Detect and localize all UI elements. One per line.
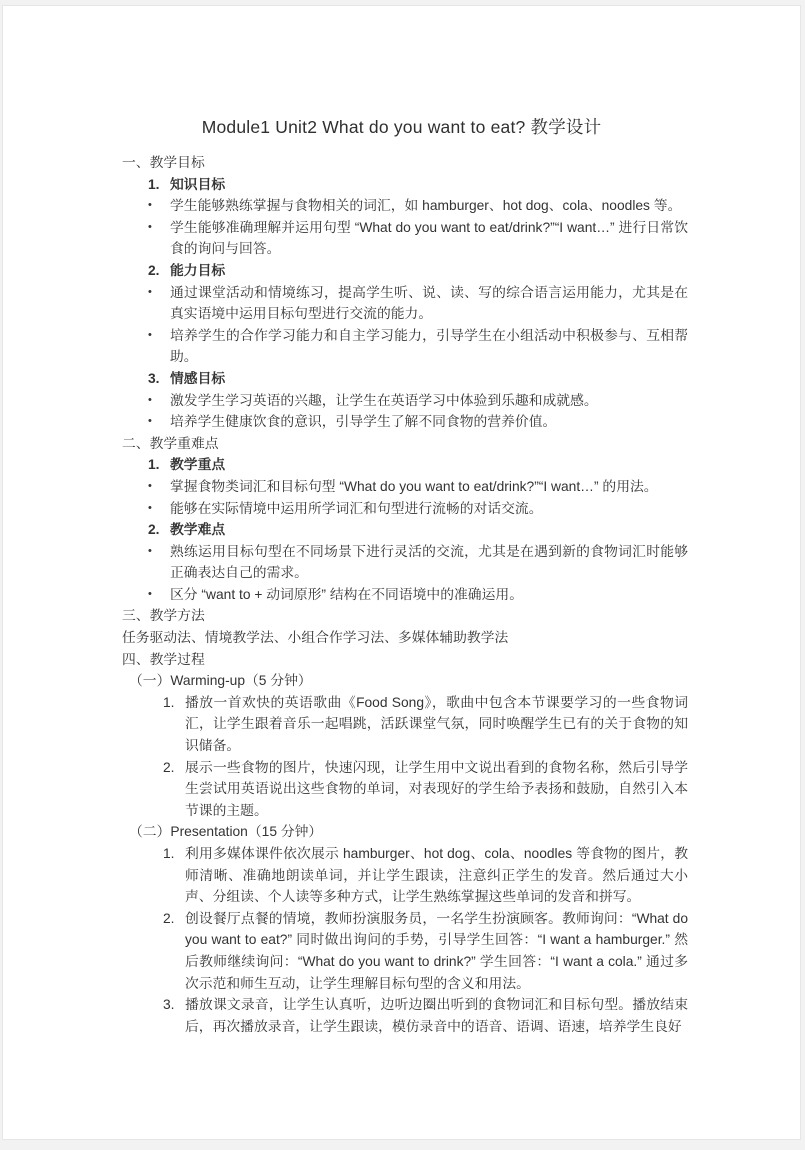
stage-heading: （一）Warming-up（5 分钟）: [122, 670, 688, 692]
item-text: 通过课堂活动和情境练习，提高学生听、说、读、写的综合语言运用能力，尤其是在真实语…: [170, 282, 688, 325]
bullet-icon: •: [148, 411, 170, 433]
section-heading: 二、教学重难点: [122, 433, 688, 455]
item-marker: 1.: [148, 174, 170, 196]
item-text: 能够在实际情境中运用所学词汇和句型进行流畅的对话交流。: [170, 498, 688, 520]
item-text: 培养学生的合作学习能力和自主学习能力，引导学生在小组活动中积极参与、互相帮助。: [170, 325, 688, 368]
bullet-list-item: •通过课堂活动和情境练习，提高学生听、说、读、写的综合语言运用能力，尤其是在真实…: [122, 282, 688, 325]
item-marker: 3.: [148, 368, 170, 390]
procedure-step: 2.展示一些食物的图片，快速闪现，让学生用中文说出看到的食物名称，然后引导学生尝…: [122, 757, 688, 822]
bullet-list-item: •能够在实际情境中运用所学词汇和句型进行流畅的对话交流。: [122, 498, 688, 520]
bullet-icon: •: [148, 476, 170, 498]
item-text: 播放课文录音，让学生认真听，边听边圈出听到的食物词汇和目标句型。播放结束后，再次…: [185, 994, 688, 1037]
numbered-list-item: 2.能力目标: [122, 260, 688, 282]
document-title: Module1 Unit2 What do you want to eat? 教…: [3, 114, 800, 140]
item-marker: 2.: [148, 260, 170, 282]
item-text: 熟练运用目标句型在不同场景下进行灵活的交流，尤其是在遇到新的食物词汇时能够正确表…: [170, 541, 688, 584]
item-text: 知识目标: [170, 174, 688, 196]
procedure-step: 1.播放一首欢快的英语歌曲《Food Song》，歌曲中包含本节课要学习的一些食…: [122, 692, 688, 757]
item-marker: 1.: [148, 454, 170, 476]
section-heading: 四、教学过程: [122, 649, 688, 671]
item-text: 激发学生学习英语的兴趣，让学生在英语学习中体验到乐趣和成就感。: [170, 390, 688, 412]
bullet-list-item: •培养学生的合作学习能力和自主学习能力，引导学生在小组活动中积极参与、互相帮助。: [122, 325, 688, 368]
bullet-list-item: •激发学生学习英语的兴趣，让学生在英语学习中体验到乐趣和成就感。: [122, 390, 688, 412]
bullet-icon: •: [148, 325, 170, 368]
item-text: 培养学生健康饮食的意识，引导学生了解不同食物的营养价值。: [170, 411, 688, 433]
numbered-list-item: 2.教学难点: [122, 519, 688, 541]
item-text: 教学重点: [170, 454, 688, 476]
item-text: 学生能够准确理解并运用句型 “What do you want to eat/d…: [170, 217, 688, 260]
bullet-icon: •: [148, 584, 170, 606]
document-page: Module1 Unit2 What do you want to eat? 教…: [2, 5, 801, 1140]
item-text: 教学难点: [170, 519, 688, 541]
item-text: 情感目标: [170, 368, 688, 390]
document-body: 一、教学目标1.知识目标•学生能够熟练掌握与食物相关的词汇，如 hamburge…: [122, 152, 688, 1037]
numbered-list-item: 1.教学重点: [122, 454, 688, 476]
bullet-icon: •: [148, 217, 170, 260]
bullet-list-item: •熟练运用目标句型在不同场景下进行灵活的交流，尤其是在遇到新的食物词汇时能够正确…: [122, 541, 688, 584]
item-text: 掌握食物类词汇和目标句型 “What do you want to eat/dr…: [170, 476, 688, 498]
paragraph: 任务驱动法、情境教学法、小组合作学习法、多媒体辅助教学法: [122, 627, 688, 649]
item-text: 学生能够熟练掌握与食物相关的词汇，如 hamburger、hot dog、col…: [170, 195, 688, 217]
procedure-step: 1.利用多媒体课件依次展示 hamburger、hot dog、cola、noo…: [122, 843, 688, 908]
section-heading: 一、教学目标: [122, 152, 688, 174]
item-marker: 3.: [163, 994, 185, 1037]
item-marker: 2.: [163, 908, 185, 994]
bullet-icon: •: [148, 541, 170, 584]
item-marker: 2.: [148, 519, 170, 541]
bullet-list-item: •掌握食物类词汇和目标句型 “What do you want to eat/d…: [122, 476, 688, 498]
bullet-icon: •: [148, 282, 170, 325]
bullet-list-item: •培养学生健康饮食的意识，引导学生了解不同食物的营养价值。: [122, 411, 688, 433]
bullet-icon: •: [148, 195, 170, 217]
item-text: 创设餐厅点餐的情境，教师扮演服务员，一名学生扮演顾客。教师询问：“What do…: [185, 908, 688, 994]
item-text: 区分 “want to + 动词原形” 结构在不同语境中的准确运用。: [170, 584, 688, 606]
numbered-list-item: 1.知识目标: [122, 174, 688, 196]
item-marker: 1.: [163, 692, 185, 757]
bullet-list-item: •学生能够熟练掌握与食物相关的词汇，如 hamburger、hot dog、co…: [122, 195, 688, 217]
item-marker: 1.: [163, 843, 185, 908]
item-text: 能力目标: [170, 260, 688, 282]
stage-heading: （二）Presentation（15 分钟）: [122, 821, 688, 843]
bullet-icon: •: [148, 498, 170, 520]
item-text: 播放一首欢快的英语歌曲《Food Song》，歌曲中包含本节课要学习的一些食物词…: [185, 692, 688, 757]
item-text: 展示一些食物的图片，快速闪现，让学生用中文说出看到的食物名称，然后引导学生尝试用…: [185, 757, 688, 822]
procedure-step: 2.创设餐厅点餐的情境，教师扮演服务员，一名学生扮演顾客。教师询问：“What …: [122, 908, 688, 994]
procedure-step: 3.播放课文录音，让学生认真听，边听边圈出听到的食物词汇和目标句型。播放结束后，…: [122, 994, 688, 1037]
numbered-list-item: 3.情感目标: [122, 368, 688, 390]
bullet-list-item: •区分 “want to + 动词原形” 结构在不同语境中的准确运用。: [122, 584, 688, 606]
section-heading: 三、教学方法: [122, 605, 688, 627]
bullet-list-item: •学生能够准确理解并运用句型 “What do you want to eat/…: [122, 217, 688, 260]
item-marker: 2.: [163, 757, 185, 822]
bullet-icon: •: [148, 390, 170, 412]
item-text: 利用多媒体课件依次展示 hamburger、hot dog、cola、noodl…: [185, 843, 688, 908]
